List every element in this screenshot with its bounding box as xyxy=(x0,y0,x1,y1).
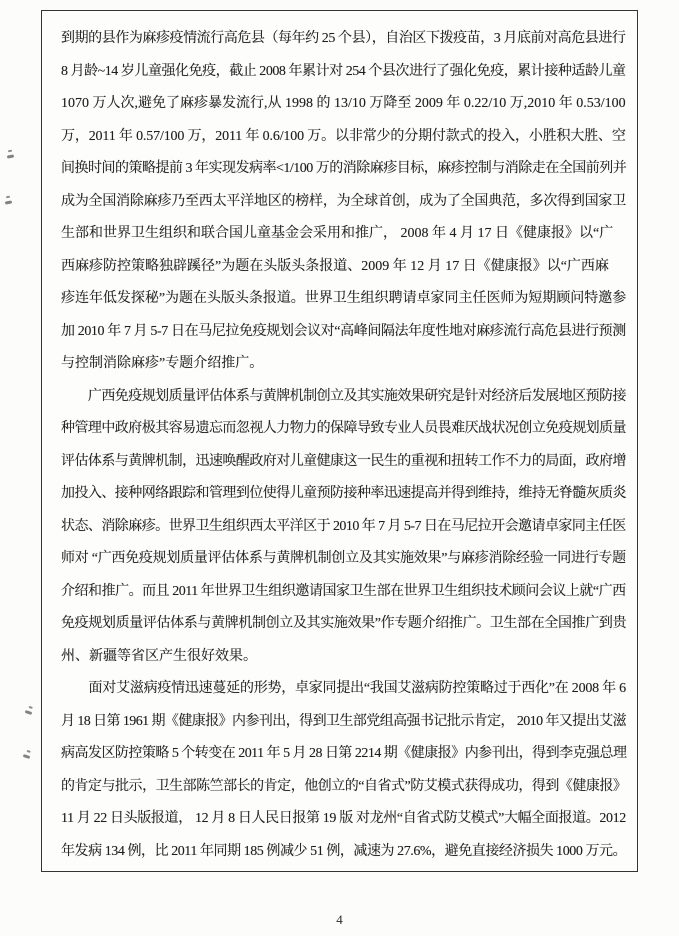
text-content: 到期的县作为麻疹疫情流行高危县（每年约 25 个县），自治区下拨疫苗，3 月底前… xyxy=(61,23,626,868)
text-line: 成为全国消除麻疹乃至西太平洋地区的榜样，为全球首创，成为了全国典范，多次得到国家… xyxy=(61,186,626,219)
margin-smudge-mark xyxy=(25,710,33,715)
paragraph: 广西免疫规划质量评估体系与黄牌机制创立及其实施效果研究是针对经济后发展地区预防接… xyxy=(61,381,626,674)
text-line: 万，2011 年 0.57/100 万，2011 年 0.6/100 万。以非常… xyxy=(61,121,626,154)
text-line: 8 月龄~14 岁儿童强化免疫，截止 2008 年累计对 254 个县次进行了强… xyxy=(61,56,626,89)
page-number: 4 xyxy=(0,912,679,928)
text-line: 疹连年低发探秘”为题在头版头条报道。世界卫生组织聘请卓家同主任医师为短期顾问特邀… xyxy=(61,283,626,316)
text-line: 种管理中政府极其容易遗忘而忽视人力物力的保障导致专业人员畏难厌战状况创立免疫规划… xyxy=(61,413,626,446)
text-line: 与控制消除麻疹”专题介绍推广。 xyxy=(61,348,626,381)
margin-smudge-mark xyxy=(7,154,14,158)
text-line: 师对 “广西免疫规划质量评估体系与黄牌机制创立及其实施效果”与麻疹消除经验一同进… xyxy=(61,543,626,576)
text-line: 月 18 日第 1961 期《健康报》内参刊出，得到卫生部党组高强书记批示肯定，… xyxy=(61,706,626,739)
text-line: 介绍和推广。而且 2011 年世界卫生组织邀请国家卫生部在世界卫生组织技术顾问会… xyxy=(61,576,626,609)
text-line: 的肯定与批示，卫生部陈竺部长的肯定，他创立的“自省式”防艾模式获得成功，得到《健… xyxy=(61,771,626,804)
text-line: 州、新疆等省区产生很好效果。 xyxy=(61,641,626,674)
margin-smudge-mark xyxy=(5,200,12,204)
text-line: 加 2010 年 7 月 5-7 日在马尼拉免疫规划会议对“高峰间隔法年度性地对… xyxy=(61,316,626,349)
paragraph: 到期的县作为麻疹疫情流行高危县（每年约 25 个县），自治区下拨疫苗，3 月底前… xyxy=(61,23,626,381)
text-line: 面对艾滋病疫情迅速蔓延的形势，卓家同提出“我国艾滋病防控策略过于西化”在 200… xyxy=(61,673,626,706)
text-line: 评估体系与黄牌机制，迅速唤醒政府对儿童健康这一民生的重视和扭转工作不力的局面，政… xyxy=(61,446,626,479)
paragraph: 面对艾滋病疫情迅速蔓延的形势，卓家同提出“我国艾滋病防控策略过于西化”在 200… xyxy=(61,673,626,868)
text-line: 状态、消除麻疹。世界卫生组织西太平洋区于 2010 年 7 月 5-7 日在马尼… xyxy=(61,511,626,544)
text-line: 生部和世界卫生组织和联合国儿童基金会采用和推广， 2008 年 4 月 17 日… xyxy=(61,218,626,251)
text-line: 间换时间的策略提前 3 年实现发病率<1/100 万的消除麻疹目标，麻疹控制与消… xyxy=(61,153,626,186)
text-body-frame: 到期的县作为麻疹疫情流行高危县（每年约 25 个县），自治区下拨疫苗，3 月底前… xyxy=(41,10,638,872)
text-line: 西麻疹防控策略独辟蹊径”为题在头版头条报道、2009 年 12 月 17 日《健… xyxy=(61,251,626,284)
text-line: 年发病 134 例，比 2011 年同期 185 例减少 51 例，减速为 27… xyxy=(61,836,626,869)
text-line: 11 月 22 日头版报道， 12 月 8 日人民日报第 19 版 对龙州“自省… xyxy=(61,803,626,836)
text-line: 到期的县作为麻疹疫情流行高危县（每年约 25 个县），自治区下拨疫苗，3 月底前… xyxy=(61,23,626,56)
text-line: 1070 万人次,避免了麻疹暴发流行,从 1998 的 13/10 万降至 20… xyxy=(61,88,626,121)
text-line: 加投入、接种网络跟踪和管理到位使得儿童预防接种率迅速提高并得到维持，维持无脊髓灰… xyxy=(61,478,626,511)
text-line: 广西免疫规划质量评估体系与黄牌机制创立及其实施效果研究是针对经济后发展地区预防接 xyxy=(61,381,626,414)
text-line: 病高发区防控策略 5 个转变在 2011 年 5 月 28 日第 2214 期《… xyxy=(61,738,626,771)
margin-smudge-mark xyxy=(23,754,31,759)
scanned-document-page: 到期的县作为麻疹疫情流行高危县（每年约 25 个县），自治区下拨疫苗，3 月底前… xyxy=(0,0,679,936)
text-line: 免疫规划质量评估体系与黄牌机制创立及其实施效果”作专题介绍推广。卫生部在全国推广… xyxy=(61,608,626,641)
